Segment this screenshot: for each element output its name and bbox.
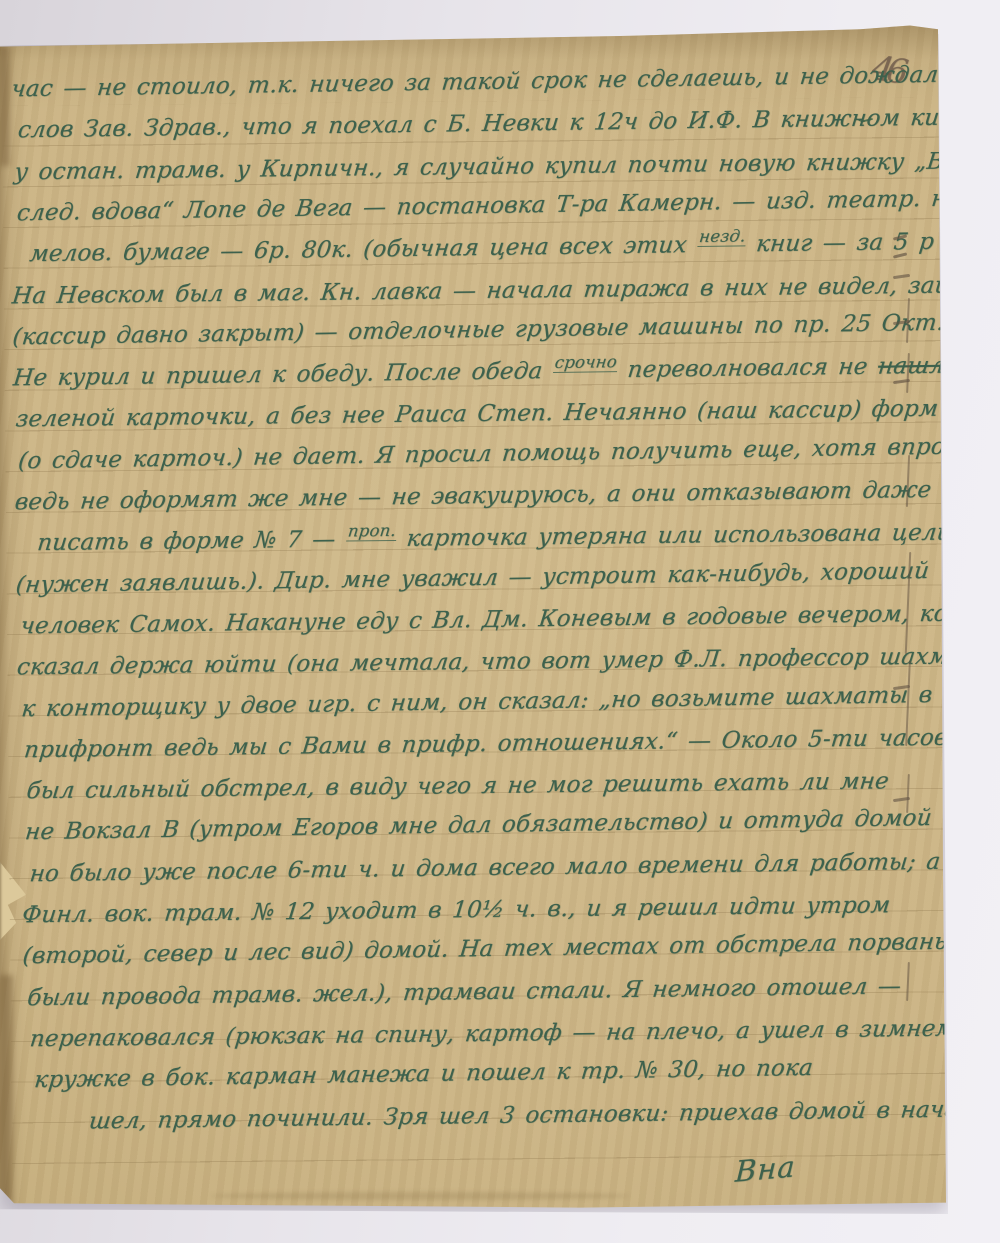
pencil-bar-mark — [906, 962, 910, 1001]
pencil-tick-mark — [893, 252, 907, 258]
pencil-dash-mark — [893, 274, 910, 279]
pencil-tick-mark — [893, 234, 907, 240]
pencil-bar-mark — [906, 774, 910, 813]
pencil-bar-mark — [906, 353, 910, 393]
signature-scribble: Вна — [734, 1149, 796, 1189]
pencil-margin-marks — [0, 0, 1000, 1243]
photo-background: 46 час — не стоило, т.к. ничего за такой… — [0, 0, 1000, 1243]
pencil-bar-mark — [905, 552, 911, 654]
pencil-bar-mark — [905, 661, 911, 746]
pencil-bar-mark — [906, 455, 910, 507]
diary-page: 46 час — не стоило, т.к. ничего за такой… — [0, 0, 1000, 1243]
